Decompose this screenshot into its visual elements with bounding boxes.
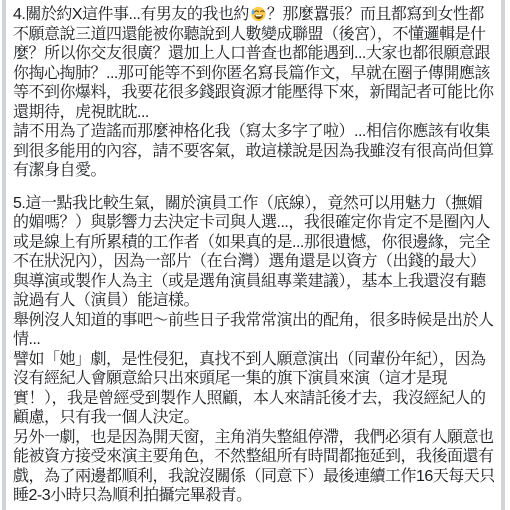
text-line: 顧慮，只有我一個人決定。: [13, 408, 498, 428]
text-line: 還期待，虎視眈眈...: [13, 103, 498, 123]
text-line: 到很多能用的內容，請不要客氣，敢這樣說是因為我雖沒有很高尚但算: [13, 142, 498, 162]
text-line: 不願意說三道四還能被你聽說到人數變成聯盟（後宮），不懂邏輯是什: [13, 25, 498, 45]
post-paragraph-4: 4.關於約X這件事...有男友的我也約？那麼囂張？而且都寫到女性都不願意說三道四…: [13, 5, 498, 181]
text-line: 或是線上有所累積的工作者（如果真的是...那很遺憾，你很邊緣，完全: [13, 233, 498, 253]
text-line: 麼？所以你交友很廣？還加上人口普查也都能遇到...大家也都很願意跟: [13, 44, 498, 64]
post-paragraph-5: 5.這一點我比較生氣，關於演員工作（底線），竟然可以用魅力（撫媚的媚嗎？）與影響…: [13, 194, 498, 506]
text-segment: 4.關於約X這件事...有男友的我也約: [13, 6, 249, 23]
text-line: 有潔身自愛。: [13, 161, 498, 181]
text-line: 譬如「她」劇，是性侵犯，真找不到人願意演出（同輩份年紀），因為: [13, 350, 498, 370]
text-line: 的媚嗎？）與影響力去決定卡司與人選...，我很確定你肯定不是圈內人: [13, 213, 498, 233]
text-line: 請不用為了造謠而那麼神格化我（寫太多字了啦）...相信你應該有收集: [13, 122, 498, 142]
text-line: 4.關於約X這件事...有男友的我也約？那麼囂張？而且都寫到女性都: [13, 5, 498, 25]
text-line: 沒有經紀人會願意給只出來頭尾一集的旗下演員來演（這才是現: [13, 369, 498, 389]
text-line: 與導演或製作人為主（或是選角演員組專業建議），基本上我還沒有聽: [13, 272, 498, 292]
text-line: 舉例沒人知道的事吧～前些日子我常常演出的配角，很多時候是出於人: [13, 311, 498, 331]
text-line: 能被資方接受來演主要角色，不然整組所有時間都拖延到，我後面還有: [13, 447, 498, 467]
text-line: 不在狀況內），因為一部片（在台灣）選角還是以資方（出錢的最大）: [13, 252, 498, 272]
post-body: 4.關於約X這件事...有男友的我也約？那麼囂張？而且都寫到女性都不願意說三道四…: [0, 0, 510, 506]
text-line: 戲，為了兩邊都順利，我說沒關係（同意下）最後連續工作16天每天只: [13, 467, 498, 487]
sweat-smile-emoji: [250, 6, 266, 22]
text-line: 另外一劇，也是因為開天窗，主角消失整組停滯，我們必須有人願意也: [13, 428, 498, 448]
text-line: 5.這一點我比較生氣，關於演員工作（底線），竟然可以用魅力（撫媚: [13, 194, 498, 214]
text-line: 等不到你爆料，我要花很多錢跟資源才能壓得下來，新聞記者可能比你: [13, 83, 498, 103]
text-line: 你掏心掏肺？...那可能等不到你匿名寫長篇作文，早就在圈子傳開應該: [13, 64, 498, 84]
text-line: 情...: [13, 330, 498, 350]
text-line: 睡2-3小時只為順利拍攝完畢殺青。: [13, 486, 498, 506]
text-segment: ？那麼囂張？而且都寫到女性都: [267, 6, 484, 23]
text-line: 實！），我是曾經受到製作人照顧，本人來請託後才去，我沒經紀人的: [13, 389, 498, 409]
text-line: 說過有人（演員）能這樣。: [13, 291, 498, 311]
